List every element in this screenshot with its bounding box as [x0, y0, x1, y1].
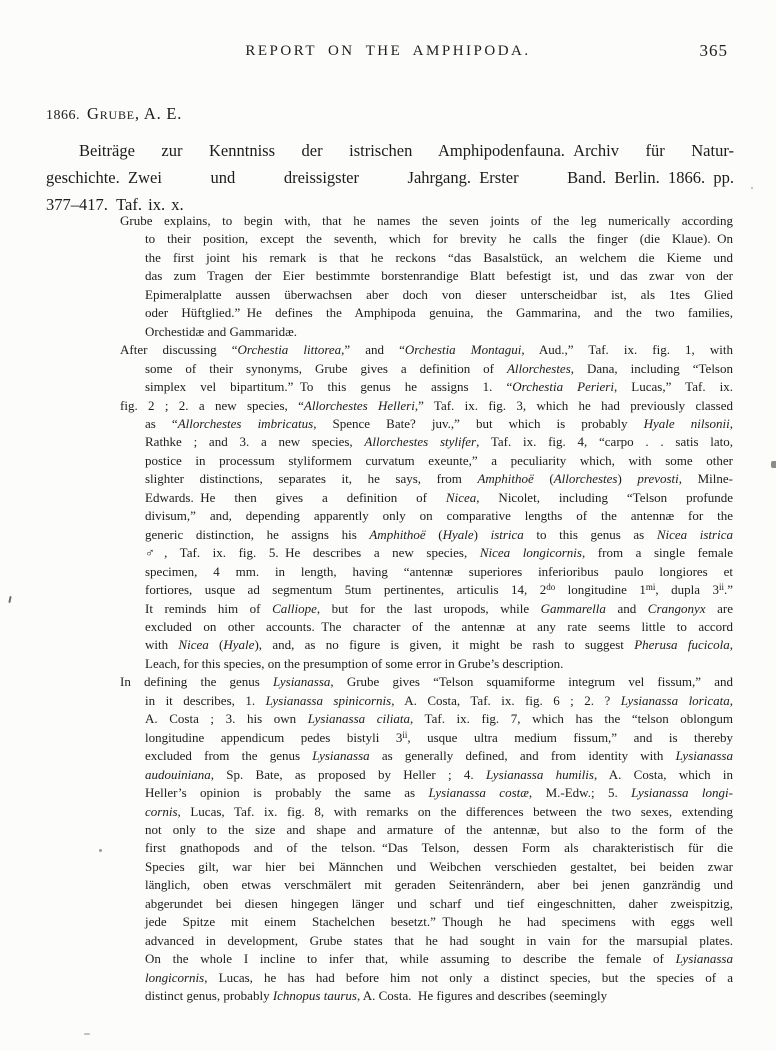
scan-artifact	[771, 461, 776, 468]
text-line: Edwards. He then gives a definition of N…	[145, 489, 733, 507]
book-page: REPORT ON THE AMPHIPODA. 365 1866.Grube,…	[0, 0, 776, 1050]
text-line: not only to the size and shape and armat…	[145, 821, 733, 839]
entry-year: 1866.	[46, 108, 80, 123]
text-line: specimen, 4 mm. in length, having “anten…	[145, 563, 733, 581]
text-line: with Nicea (Hyale), and, as no figure is…	[145, 636, 733, 654]
text-line: jede Spitze mit einem Stachelchen besetz…	[145, 913, 733, 931]
reference-line: geschichte. Zwei und dreissigster Jahrga…	[46, 164, 734, 191]
text-line: fig. 2 ; 2. a new species, “Allorchestes…	[120, 397, 733, 415]
text-line: generic distinction, he assigns his Amph…	[145, 526, 733, 544]
text-line: the first joint his remark is that he re…	[145, 249, 733, 267]
text-line: länglich, oben etwas verschmälert mit ge…	[145, 876, 733, 894]
paragraph: After discussing “Orchestia littorea,” a…	[120, 341, 733, 673]
entry-heading: 1866.Grube, A. E.	[46, 104, 182, 124]
text-line: Leach, for this species, on the presumpt…	[145, 655, 733, 673]
page-number: 365	[700, 41, 729, 61]
text-line: simplex vel bipartitum.” To this genus h…	[145, 378, 733, 396]
text-line: Heller’s opinion is probably the same as…	[145, 784, 733, 802]
text-line: advanced in development, Grube states th…	[145, 932, 733, 950]
text-line: A. Costa ; 3. his own Lysianassa ciliata…	[145, 710, 733, 728]
text-line: Orchestidæ and Gammaridæ.	[145, 323, 733, 341]
text-line: Species gilt, war hier bei Männchen und …	[145, 858, 733, 876]
page-title: REPORT ON THE AMPHIPODA.	[245, 43, 530, 59]
scan-artifact	[8, 596, 11, 603]
paragraph: In defining the genus Lysianassa, Grube …	[120, 673, 733, 1005]
text-line: Epimeralplatte aussen überwachsen aber d…	[145, 286, 733, 304]
text-line: ♂, Taf. ix. fig. 5. He describes a new s…	[145, 544, 733, 562]
reference-block: Beiträge zur Kenntniss der istrischen Am…	[46, 137, 734, 218]
scan-artifact	[751, 187, 753, 189]
scan-artifact	[84, 1033, 90, 1035]
text-line: Rathke ; and 3. a new species, Allorches…	[145, 433, 733, 451]
entry-author: Grube, A. E.	[87, 104, 182, 123]
text-line: abgerundet bei diesen hingegen länger un…	[145, 895, 733, 913]
text-line: It reminds him of Calliope, but for the …	[145, 600, 733, 618]
running-head: REPORT ON THE AMPHIPODA. 365	[0, 42, 776, 60]
text-line: In defining the genus Lysianassa, Grube …	[120, 673, 733, 691]
text-line: longicornis, Lucas, he has had before hi…	[145, 969, 733, 987]
scan-artifact	[99, 849, 102, 852]
text-line: as “Allorchestes imbricatus, Spence Bate…	[145, 415, 733, 433]
text-line: some of their synonyms, Grube gives a de…	[145, 360, 733, 378]
text-line: postice in processum styliformem curvatu…	[145, 452, 733, 470]
text-line: audouiniana, Sp. Bate, as proposed by He…	[145, 766, 733, 784]
text-line: excluded from the genus Lysianassa as ge…	[145, 747, 733, 765]
text-line: divisum,” and, depending apparently only…	[145, 507, 733, 525]
body-block: Grube explains, to begin with, that he n…	[120, 212, 733, 1005]
reference-line: Beiträge zur Kenntniss der istrischen Am…	[46, 137, 734, 164]
text-line: to their position, except the seventh, w…	[145, 230, 733, 248]
text-line: fortiores, usque ad segmentum 5tum perti…	[145, 581, 733, 599]
text-line: in it describes, 1. Lysianassa spinicorn…	[145, 692, 733, 710]
text-line: oder Hüftglied.” He defines the Amphipod…	[145, 304, 733, 322]
text-line: After discussing “Orchestia littorea,” a…	[120, 341, 733, 359]
text-line: cornis, Lucas, Taf. ix. fig. 8, with rem…	[145, 803, 733, 821]
paragraph: Grube explains, to begin with, that he n…	[120, 212, 733, 341]
text-line: first gnathopods and of the telson. “Das…	[145, 839, 733, 857]
text-line: Grube explains, to begin with, that he n…	[120, 212, 733, 230]
text-line: slighter distinctions, separates it, he …	[145, 470, 733, 488]
text-line: excluded on other accounts. The characte…	[145, 618, 733, 636]
text-line: das zum Tragen der Eier bestimmte borste…	[145, 267, 733, 285]
text-line: distinct genus, probably Ichnopus taurus…	[145, 987, 733, 1005]
text-line: longitudine appendicum pedes bistyli 3ii…	[145, 729, 733, 747]
text-line: On the whole I incline to infer that, wh…	[145, 950, 733, 968]
